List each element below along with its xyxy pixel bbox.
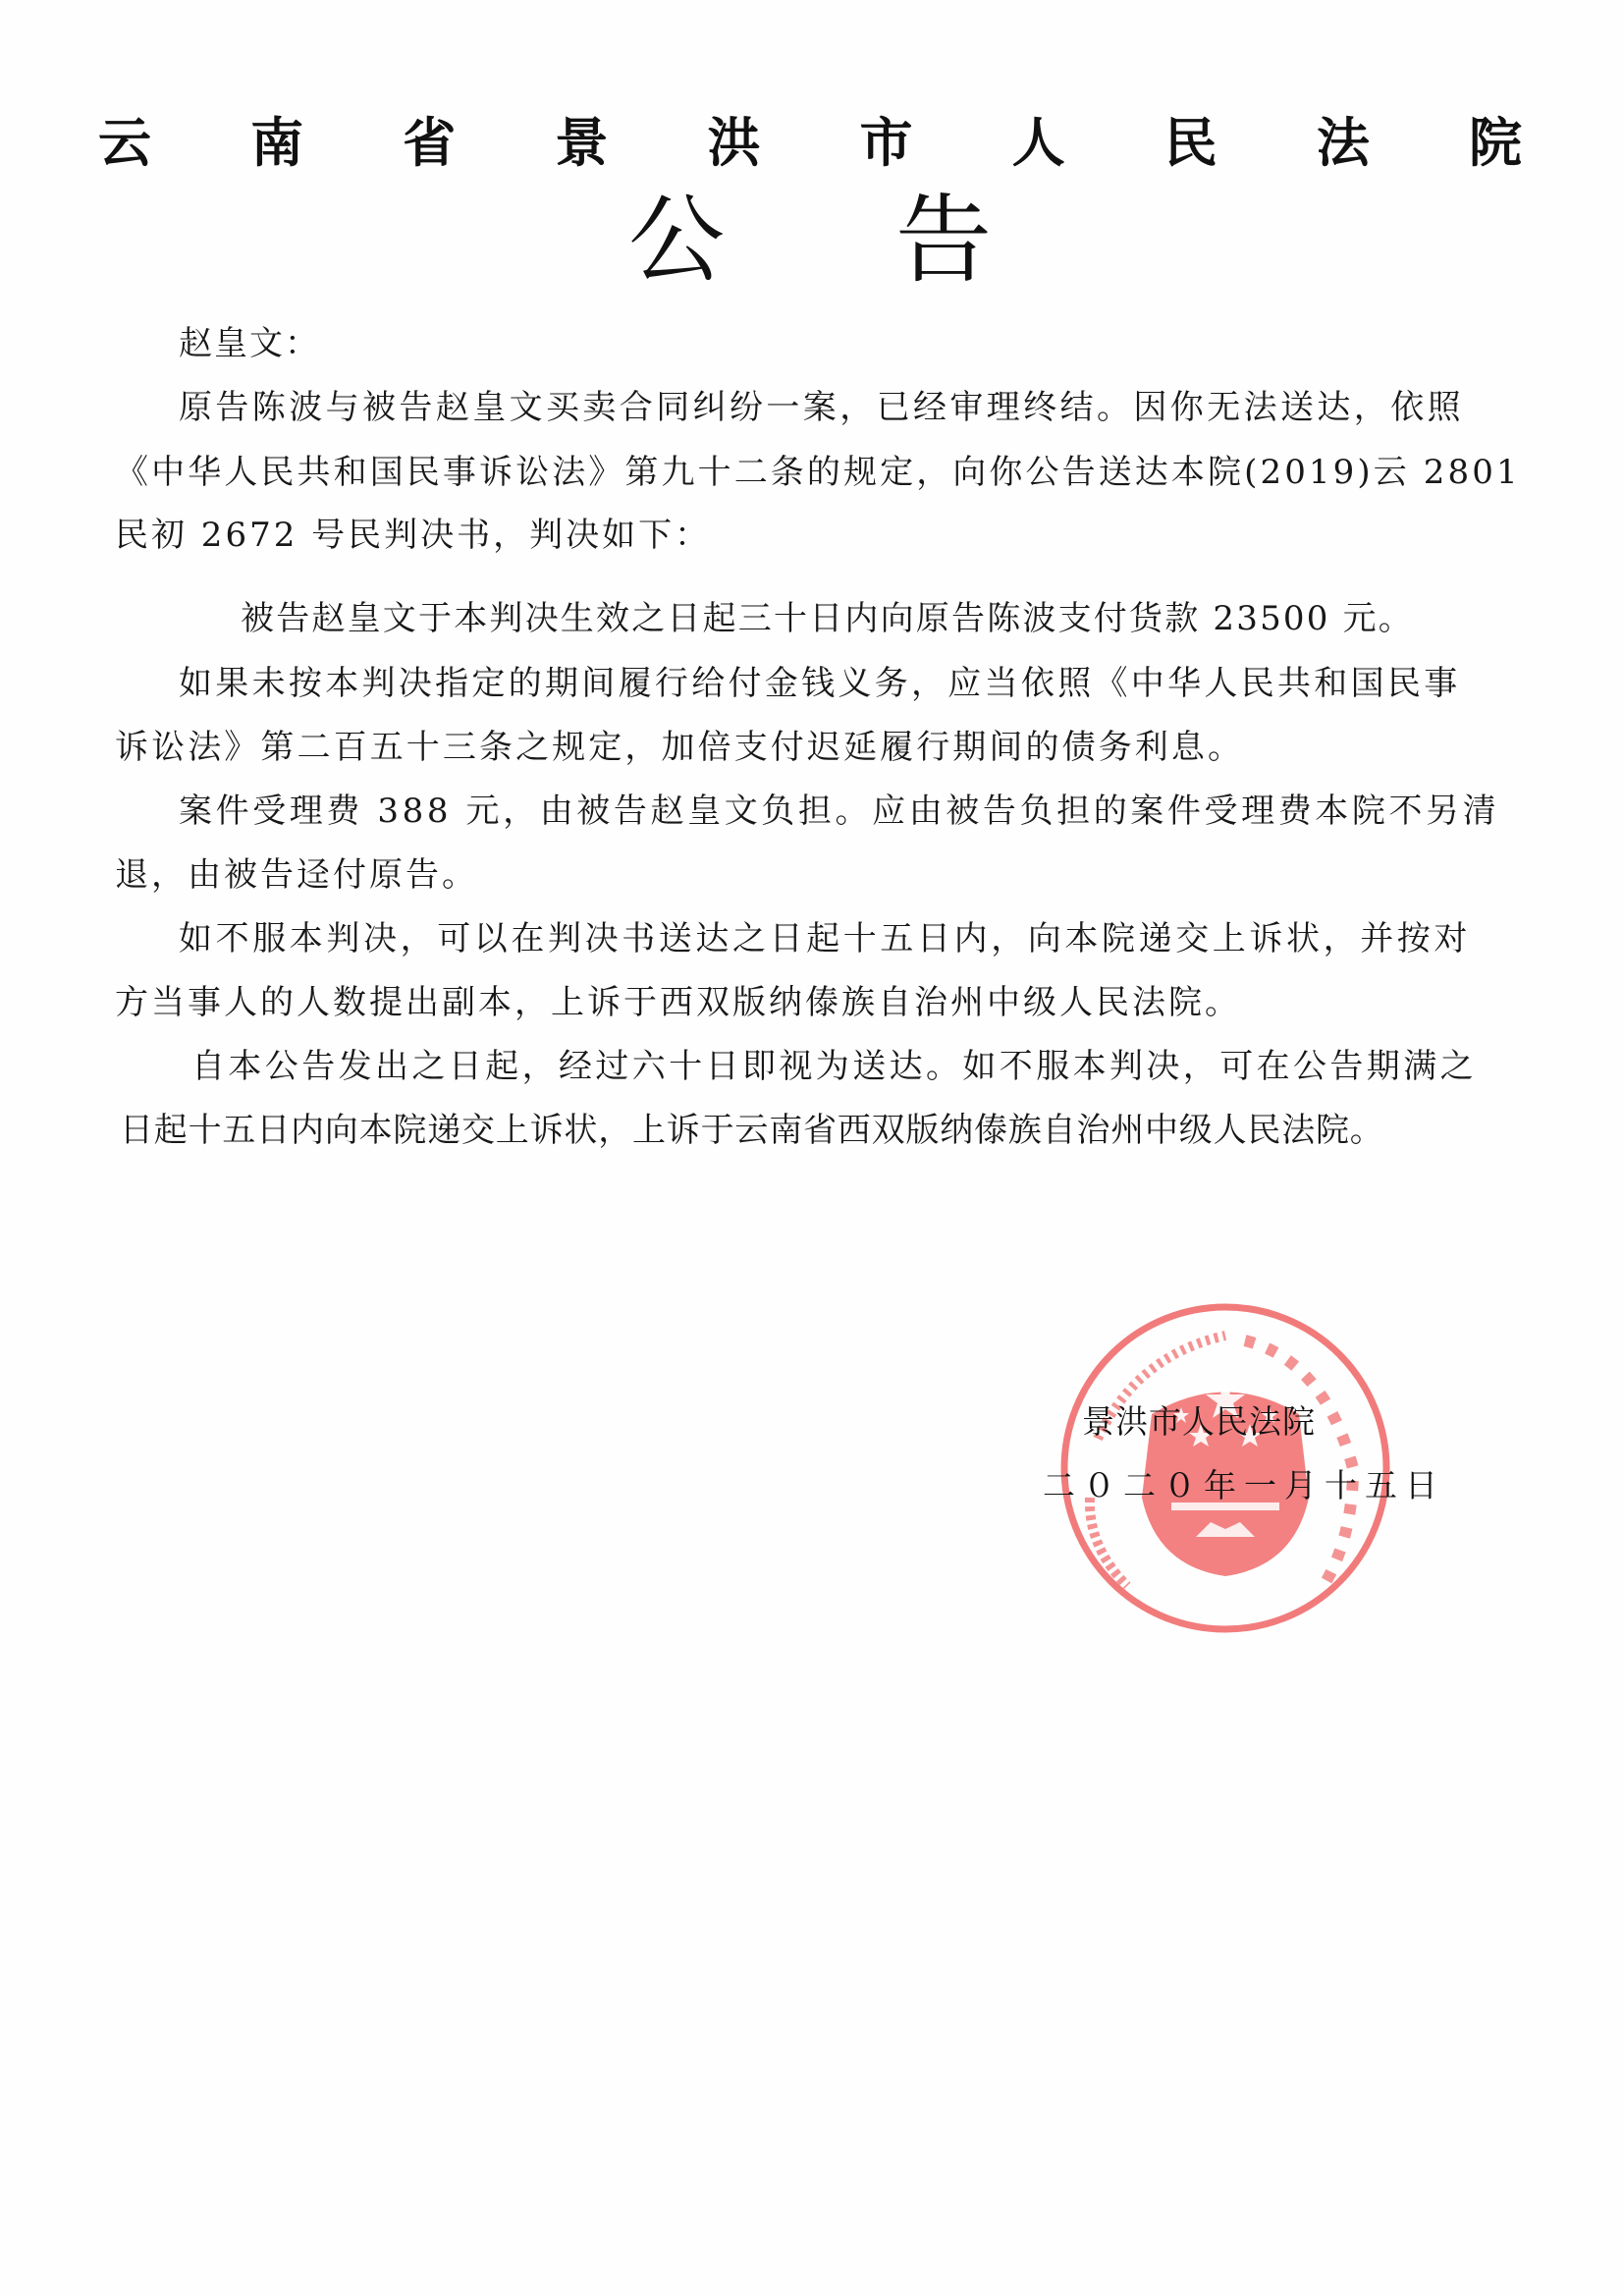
body-line: 《中华人民共和国民事诉讼法》第九十二条的规定，向你公告送达本院(2019)云 2… xyxy=(115,453,1521,492)
court-name-char: 市 xyxy=(860,116,913,169)
body-line: 自本公告发出之日起，经过六十日即视为送达。如不服本判决，可在公告期满之 xyxy=(191,1047,1477,1086)
body-line: 退，由被告迳付原告。 xyxy=(115,855,478,895)
body-line: 民初 2672 号民判决书，判决如下： xyxy=(115,516,711,555)
court-name-char: 院 xyxy=(1469,116,1522,169)
court-name-char: 民 xyxy=(1164,116,1217,169)
court-name-char: 法 xyxy=(1317,116,1370,169)
body-line: 如果未按本判决指定的期间履行给付金钱义务，应当依照《中华人民共和国民事 xyxy=(179,664,1461,703)
doc-title-char: 公 xyxy=(628,192,725,289)
body-line: 日起十五日内向本院递交上诉状，上诉于云南省西双版纳傣族自治州中级人民法院。 xyxy=(120,1111,1384,1150)
court-name-char: 人 xyxy=(1012,116,1065,169)
body-line: 方当事人的人数提出副本，上诉于西双版纳傣族自治州中级人民法院。 xyxy=(115,983,1241,1022)
doc-title-char: 告 xyxy=(895,192,992,289)
court-name-char: 省 xyxy=(403,116,456,169)
court-name-char: 南 xyxy=(250,116,303,169)
document-page: 云 南 省 景 洪 市 人 民 法 院 公 告 赵皇文： 原告陈波与被告赵皇文买… xyxy=(0,0,1623,2296)
court-name-char: 云 xyxy=(98,116,151,169)
body-line: 诉讼法》第二百五十三条之规定，加倍支付迟延履行期间的债务利息。 xyxy=(115,728,1244,767)
addressee: 赵皇文： xyxy=(179,324,320,363)
court-name-char: 洪 xyxy=(707,116,760,169)
document-title: 公 告 xyxy=(628,187,992,295)
body-line: 如不服本判决，可以在判决书送达之日起十五日内，向本院递交上诉状，并按对 xyxy=(179,919,1471,958)
judgment-item: 被告赵皇文于本判决生效之日起三十日内向原告陈波支付货款 23500 元。 xyxy=(241,599,1414,638)
body-line: 原告陈波与被告赵皇文买卖合同纠纷一案，已经审理终结。因你无法送达，依照 xyxy=(179,388,1464,427)
body-line: 案件受理费 388 元，由被告赵皇文负担。应由被告负担的案件受理费本院不另清 xyxy=(179,792,1499,831)
court-name-heading: 云 南 省 景 洪 市 人 民 法 院 xyxy=(98,103,1522,182)
signing-date: 二０二０年一月十五日 xyxy=(1043,1466,1445,1505)
court-name-char: 景 xyxy=(555,116,608,169)
signing-court-name: 景洪市人民法院 xyxy=(1082,1402,1316,1442)
